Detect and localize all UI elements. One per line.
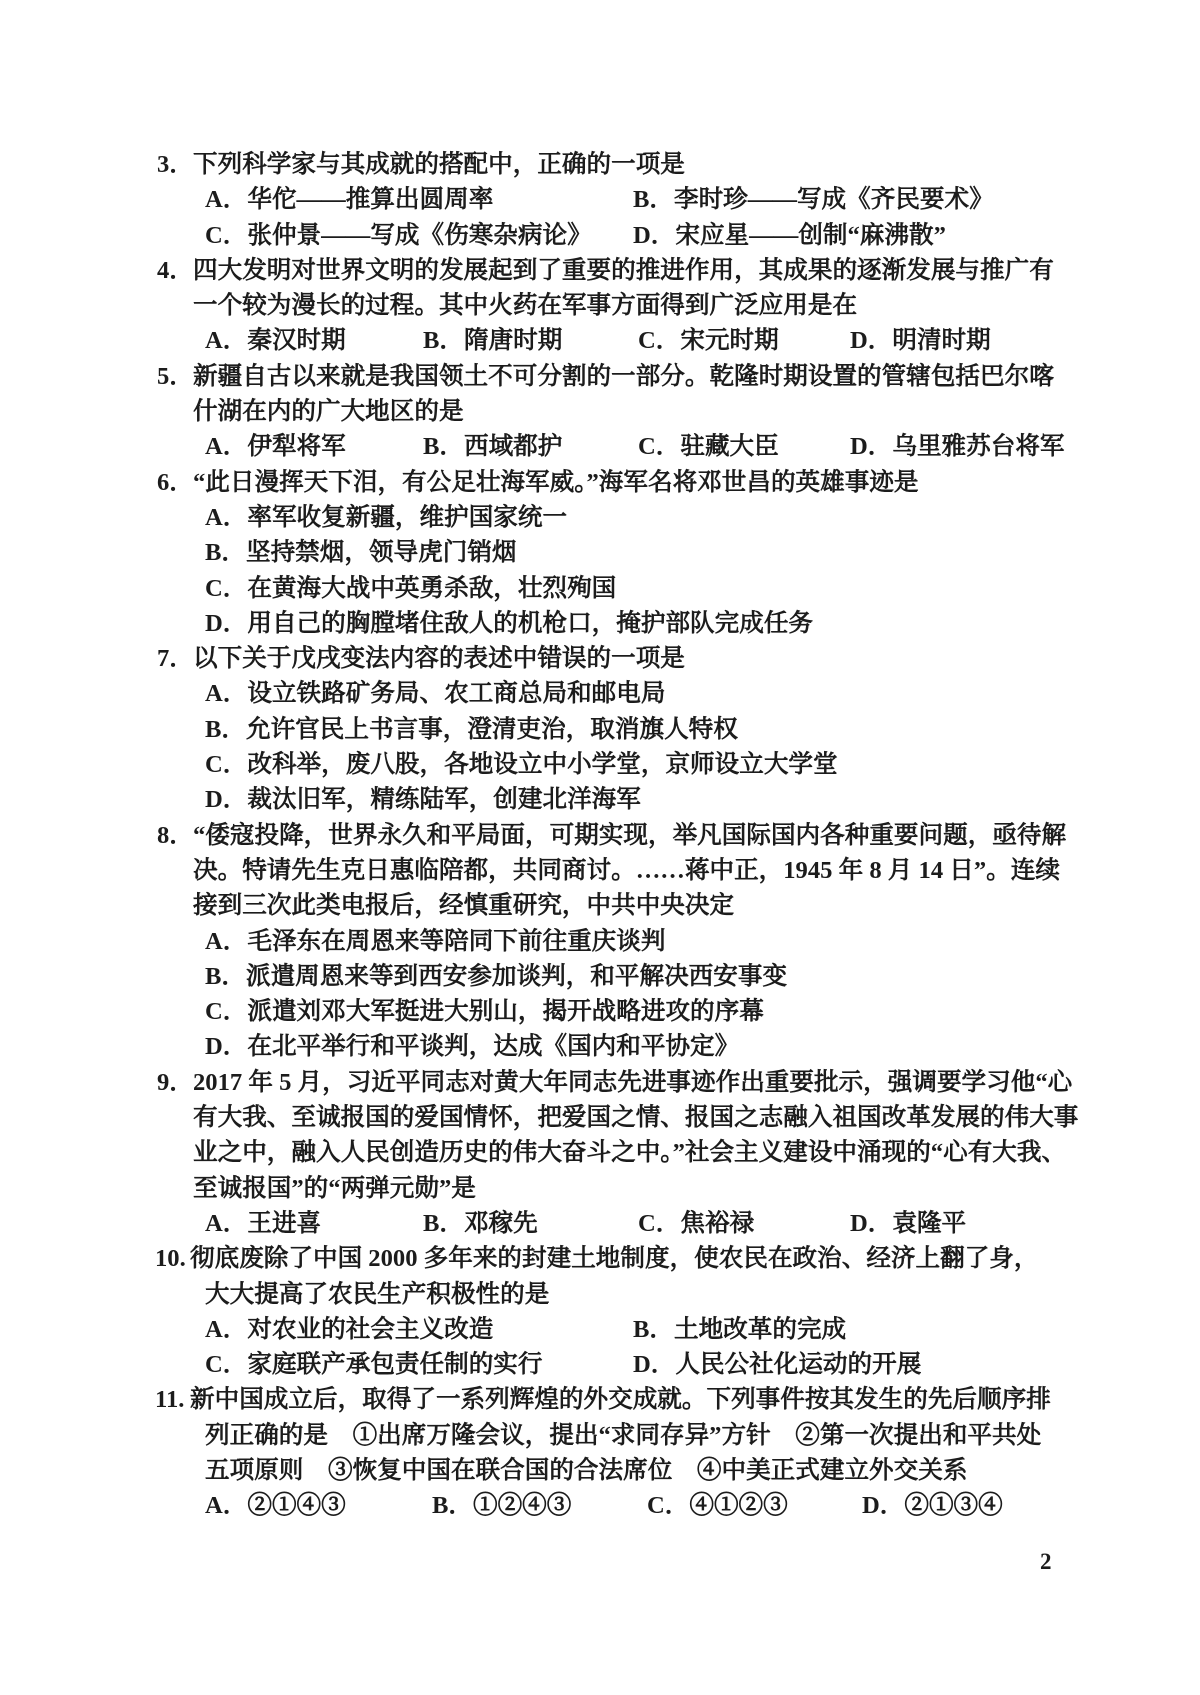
question-stem-text: 新疆自古以来就是我国领土不可分割的一部分。乾隆时期设置的管辖包括巴尔喀 [193, 363, 1054, 390]
question-stem-line: 决。特请先生克日惠临陪都，共同商讨。……蒋中正，1945 年 8 月 14 日”… [193, 853, 1130, 888]
question-number: 9． [157, 1065, 193, 1100]
options-group: A．毛泽东在周恩来等陪同下前往重庆谈判B．派遣周恩来等到西安参加谈判，和平解决西… [205, 924, 1130, 1065]
option-A: A．秦汉时期 [205, 323, 423, 358]
question-6: 6．“此日漫挥天下泪，有公足壮海军威。”海军名将邓世昌的英雄事迹是A．率军收复新… [157, 465, 1130, 641]
option-B: B．隋唐时期 [423, 323, 638, 358]
question-10: 10.彻底废除了中国 2000 多年来的封建土地制度，使农民在政治、经济上翻了身… [155, 1241, 1130, 1382]
option-D: D．宋应星——创制“麻沸散” [633, 218, 1130, 253]
question-number: 8． [157, 818, 193, 853]
question-stem-line: 6．“此日漫挥天下泪，有公足壮海军威。”海军名将邓世昌的英雄事迹是 [157, 465, 1130, 500]
page-number: 2 [1040, 1548, 1052, 1576]
option-D: D．裁汰旧军，精练陆军，创建北洋海军 [205, 782, 1130, 817]
option-C: C．焦裕禄 [638, 1206, 850, 1241]
option-D: D．用自己的胸膛堵住敌人的机枪口，掩护部队完成任务 [205, 606, 1130, 641]
option-B: B．李时珍——写成《齐民要术》 [633, 182, 1130, 217]
options-group: A．②①④③B．①②④③C．④①②③D．②①③④ [205, 1488, 1130, 1523]
option-B: B．派遣周恩来等到西安参加谈判，和平解决西安事变 [205, 959, 1130, 994]
question-7: 7．以下关于戊戌变法内容的表述中错误的一项是A．设立铁路矿务局、农工商总局和邮电… [157, 641, 1130, 817]
option-D: D．在北平举行和平谈判，达成《国内和平协定》 [205, 1029, 1130, 1064]
question-3: 3．下列科学家与其成就的搭配中，正确的一项是A．华佗——推算出圆周率B．李时珍—… [157, 147, 1130, 253]
option-B: B．西域都护 [423, 429, 638, 464]
option-C: C．派遣刘邓大军挺进大别山，揭开战略进攻的序幕 [205, 994, 1130, 1029]
question-number: 10. [155, 1241, 190, 1276]
options-group: A．华佗——推算出圆周率B．李时珍——写成《齐民要术》C．张仲景——写成《伤寒杂… [205, 182, 1130, 253]
option-C: C．在黄海大战中英勇杀敌，壮烈殉国 [205, 571, 1130, 606]
option-A: A．对农业的社会主义改造 [205, 1312, 633, 1347]
question-stem-line: 10.彻底废除了中国 2000 多年来的封建土地制度，使农民在政治、经济上翻了身… [155, 1241, 1130, 1276]
question-stem-text: 四大发明对世界文明的发展起到了重要的推进作用，其成果的逐渐发展与推广有 [193, 257, 1054, 284]
option-A: A．②①④③ [205, 1488, 432, 1523]
option-A: A．设立铁路矿务局、农工商总局和邮电局 [205, 676, 1130, 711]
question-stem-line: 5．新疆自古以来就是我国领土不可分割的一部分。乾隆时期设置的管辖包括巴尔喀 [157, 359, 1130, 394]
option-D: D．乌里雅苏台将军 [850, 429, 1130, 464]
option-C: C．改科举，废八股，各地设立中小学堂，京师设立大学堂 [205, 747, 1130, 782]
question-stem-text: 新中国成立后，取得了一系列辉煌的外交成就。下列事件按其发生的先后顺序排 [190, 1386, 1051, 1413]
question-stem-text: “倭寇投降，世界永久和平局面，可期实现，举凡国际国内各种重要问题，亟待解 [193, 822, 1066, 849]
question-number: 6． [157, 465, 193, 500]
option-B: B．允许官民上书言事，澄清吏治，取消旗人特权 [205, 712, 1130, 747]
option-D: D．明清时期 [850, 323, 1130, 358]
option-D: D．袁隆平 [850, 1206, 1130, 1241]
question-stem-line: 业之中，融入人民创造历史的伟大奋斗之中。”社会主义建设中涌现的“心有大我、 [193, 1135, 1130, 1170]
question-stem-text: 以下关于戊戌变法内容的表述中错误的一项是 [193, 645, 685, 672]
question-stem-line: 8．“倭寇投降，世界永久和平局面，可期实现，举凡国际国内各种重要问题，亟待解 [157, 818, 1130, 853]
exam-paper-page: 3．下列科学家与其成就的搭配中，正确的一项是A．华佗——推算出圆周率B．李时珍—… [0, 0, 1200, 1695]
options-group: A．秦汉时期B．隋唐时期C．宋元时期D．明清时期 [205, 323, 1130, 358]
question-number: 4． [157, 253, 193, 288]
question-stem-text: 下列科学家与其成就的搭配中，正确的一项是 [193, 151, 685, 178]
question-5: 5．新疆自古以来就是我国领土不可分割的一部分。乾隆时期设置的管辖包括巴尔喀什湖在… [157, 359, 1130, 465]
options-group: A．对农业的社会主义改造B．土地改革的完成C．家庭联产承包责任制的实行D．人民公… [205, 1312, 1130, 1383]
option-C: C．张仲景——写成《伤寒杂病论》 [205, 218, 633, 253]
question-number: 11. [155, 1382, 190, 1417]
question-9: 9．2017 年 5 月，习近平同志对黄大年同志先进事迹作出重要批示，强调要学习… [157, 1065, 1130, 1241]
options-group: A．王进喜B．邓稼先C．焦裕禄D．袁隆平 [205, 1206, 1130, 1241]
question-number: 3． [157, 147, 193, 182]
options-group: A．设立铁路矿务局、农工商总局和邮电局B．允许官民上书言事，澄清吏治，取消旗人特… [205, 676, 1130, 817]
question-stem-line: 3．下列科学家与其成就的搭配中，正确的一项是 [157, 147, 1130, 182]
option-A: A．华佗——推算出圆周率 [205, 182, 633, 217]
options-group: A．伊犁将军B．西域都护C．驻藏大臣D．乌里雅苏台将军 [205, 429, 1130, 464]
question-number: 5． [157, 359, 193, 394]
question-stem-line: 列正确的是 ①出席万隆会议，提出“求同存异”方针 ②第一次提出和平共处 [205, 1418, 1130, 1453]
question-stem-line: 至诚报国”的“两弹元勋”是 [193, 1171, 1130, 1206]
question-stem-line: 4．四大发明对世界文明的发展起到了重要的推进作用，其成果的逐渐发展与推广有 [157, 253, 1130, 288]
question-stem-line: 7．以下关于戊戌变法内容的表述中错误的一项是 [157, 641, 1130, 676]
question-stem-text: “此日漫挥天下泪，有公足壮海军威。”海军名将邓世昌的英雄事迹是 [193, 469, 919, 496]
question-stem-text: 2017 年 5 月，习近平同志对黄大年同志先进事迹作出重要批示，强调要学习他“… [193, 1069, 1072, 1096]
question-stem-line: 什湖在内的广大地区的是 [193, 394, 1130, 429]
question-list: 3．下列科学家与其成就的搭配中，正确的一项是A．华佗——推算出圆周率B．李时珍—… [0, 147, 1130, 1524]
question-stem-line: 有大我、至诚报国的爱国情怀，把爱国之情、报国之志融入祖国改革发展的伟大事 [193, 1100, 1130, 1135]
option-C: C．驻藏大臣 [638, 429, 850, 464]
question-stem-line: 接到三次此类电报后，经慎重研究，中共中央决定 [193, 888, 1130, 923]
option-B: B．坚持禁烟，领导虎门销烟 [205, 535, 1130, 570]
option-A: A．王进喜 [205, 1206, 423, 1241]
option-C: C．宋元时期 [638, 323, 850, 358]
option-D: D．人民公社化运动的开展 [633, 1347, 1130, 1382]
question-4: 4．四大发明对世界文明的发展起到了重要的推进作用，其成果的逐渐发展与推广有一个较… [157, 253, 1130, 359]
question-8: 8．“倭寇投降，世界永久和平局面，可期实现，举凡国际国内各种重要问题，亟待解决。… [157, 818, 1130, 1065]
option-B: B．①②④③ [432, 1488, 647, 1523]
question-stem-line: 9．2017 年 5 月，习近平同志对黄大年同志先进事迹作出重要批示，强调要学习… [157, 1065, 1130, 1100]
option-A: A．率军收复新疆，维护国家统一 [205, 500, 1130, 535]
option-C: C．④①②③ [647, 1488, 862, 1523]
question-stem-text: 彻底废除了中国 2000 多年来的封建土地制度，使农民在政治、经济上翻了身， [190, 1245, 1039, 1272]
option-A: A．毛泽东在周恩来等陪同下前往重庆谈判 [205, 924, 1130, 959]
question-11: 11.新中国成立后，取得了一系列辉煌的外交成就。下列事件按其发生的先后顺序排列正… [155, 1382, 1130, 1523]
question-stem-line: 五项原则 ③恢复中国在联合国的合法席位 ④中美正式建立外交关系 [205, 1453, 1130, 1488]
question-stem-line: 大大提高了农民生产积极性的是 [205, 1277, 1130, 1312]
option-B: B．土地改革的完成 [633, 1312, 1130, 1347]
question-stem-line: 一个较为漫长的过程。其中火药在军事方面得到广泛应用是在 [193, 288, 1130, 323]
option-B: B．邓稼先 [423, 1206, 638, 1241]
option-A: A．伊犁将军 [205, 429, 423, 464]
question-number: 7． [157, 641, 193, 676]
option-C: C．家庭联产承包责任制的实行 [205, 1347, 633, 1382]
question-stem-line: 11.新中国成立后，取得了一系列辉煌的外交成就。下列事件按其发生的先后顺序排 [155, 1382, 1130, 1417]
options-group: A．率军收复新疆，维护国家统一B．坚持禁烟，领导虎门销烟C．在黄海大战中英勇杀敌… [205, 500, 1130, 641]
option-D: D．②①③④ [862, 1488, 1130, 1523]
